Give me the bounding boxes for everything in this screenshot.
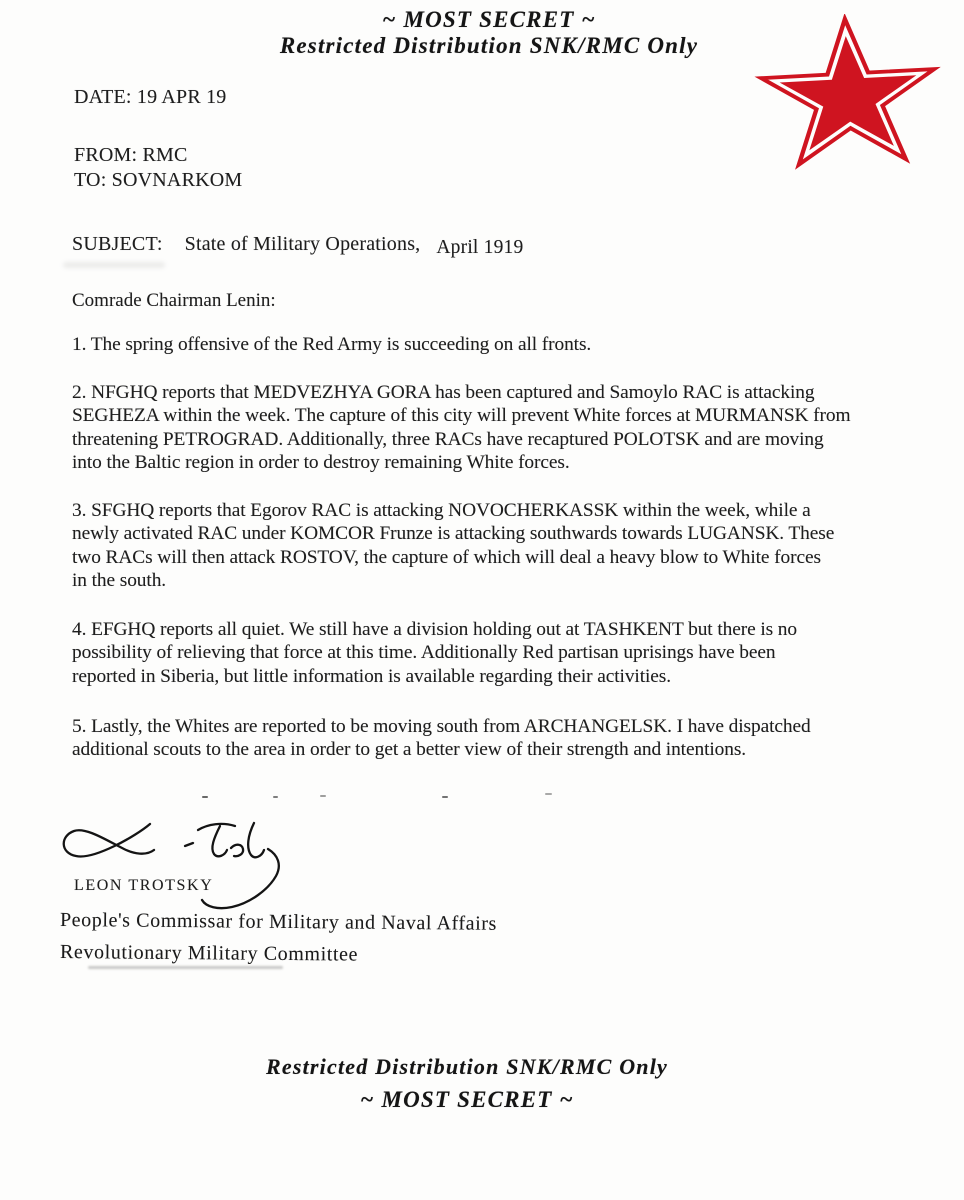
classification-banner-bottom: ~ MOST SECRET ~	[0, 1087, 934, 1113]
scan-artifact-dash	[273, 796, 278, 798]
memo-document: ~ MOST SECRET ~ Restricted Distribution …	[0, 0, 964, 1200]
to-line: TO: SOVNARKOM	[74, 169, 242, 192]
paragraph-3: 3. SFGHQ reports that Egorov RAC is atta…	[72, 499, 964, 593]
scan-smudge	[88, 966, 283, 969]
signatory-organization: Revolutionary Military Committee	[60, 941, 358, 967]
to-value: SOVNARKOM	[112, 169, 243, 191]
red-star-icon	[752, 14, 944, 174]
salutation: Comrade Chairman Lenin:	[72, 290, 276, 312]
scan-artifact-dash	[320, 795, 326, 797]
subject-label: SUBJECT:	[72, 233, 163, 255]
from-value: RMC	[142, 144, 187, 166]
from-line: FROM: RMC	[74, 144, 188, 167]
signatory-name: LEON TROTSKY	[74, 877, 213, 895]
date-value: 19 APR 19	[137, 86, 227, 108]
paragraph-5: 5. Lastly, the Whites are reported to be…	[72, 715, 964, 762]
subject-value: State of Military Operations,	[185, 233, 421, 255]
subject-line: SUBJECT:State of Military Operations,Apr…	[72, 233, 523, 256]
from-label: FROM:	[74, 144, 137, 166]
scan-artifact-dash	[202, 796, 208, 798]
distribution-banner-bottom: Restricted Distribution SNK/RMC Only	[0, 1054, 934, 1080]
handwritten-signature	[54, 816, 286, 916]
date-line: DATE: 19 APR 19	[74, 86, 226, 109]
paragraph-4: 4. EFGHQ reports all quiet. We still hav…	[72, 618, 964, 688]
paragraph-1: 1. The spring offensive of the Red Army …	[72, 333, 964, 356]
scan-artifact-dash	[545, 793, 552, 795]
scan-artifact-dash	[442, 796, 448, 798]
paragraph-2: 2. NFGHQ reports that MEDVEZHYA GORA has…	[72, 381, 964, 475]
to-label: TO:	[74, 169, 106, 191]
date-label: DATE:	[74, 86, 132, 108]
signatory-title: People's Commissar for Military and Nava…	[60, 909, 497, 936]
scan-smudge	[63, 262, 165, 268]
subject-addendum: April 1919	[436, 237, 523, 258]
